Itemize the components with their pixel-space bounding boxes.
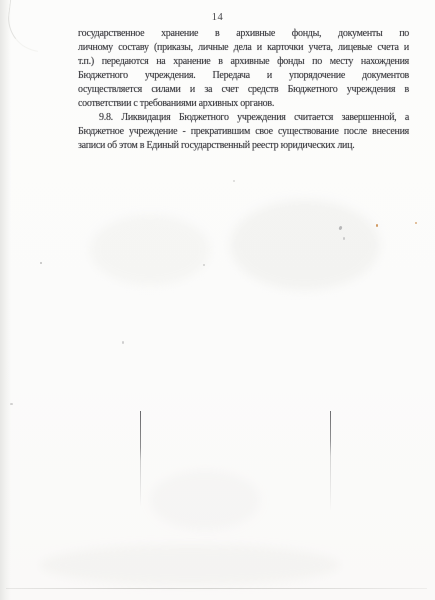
text-line: соответствии с требованиями архивных орг… (78, 97, 409, 111)
scan-smudge (90, 215, 210, 285)
scan-fold-line-right (330, 411, 331, 511)
text-line: государственное хранение в архивные фонд… (78, 27, 409, 41)
text-line: 9.8. Ликвидация Бюджетного учреждения сч… (78, 111, 409, 125)
scan-speck (376, 224, 378, 227)
page-number: 14 (0, 12, 435, 23)
scan-speck (122, 341, 124, 344)
scan-speck (10, 403, 13, 405)
scan-fold-line-left (140, 411, 141, 507)
scanned-document-page: 14 государственное хранение в архивные ф… (0, 0, 435, 600)
scan-speck (40, 262, 42, 264)
scan-smudge (230, 200, 380, 290)
scan-smudge (150, 470, 260, 530)
scan-speck (343, 237, 345, 240)
text-line: личному составу (приказы, личные дела и … (78, 41, 409, 55)
text-line: осуществляется силами и за счет средств … (78, 83, 409, 97)
text-line: т.п.) передаются на хранение в архивные … (78, 55, 409, 69)
scan-speck (233, 180, 235, 182)
scan-speck (203, 264, 205, 266)
scan-bottom-line (6, 588, 427, 589)
scan-left-edge-shadow (0, 0, 11, 600)
scan-speck (415, 222, 417, 224)
scan-smudge (40, 545, 340, 585)
text-line: Бюджетное учреждение - прекратившим свое… (78, 125, 409, 139)
text-line: Бюджетного учреждения. Передача и упоряд… (78, 69, 409, 83)
body-text: государственное хранение в архивные фонд… (78, 27, 409, 153)
text-line: записи об этом в Единый государственный … (78, 139, 409, 153)
